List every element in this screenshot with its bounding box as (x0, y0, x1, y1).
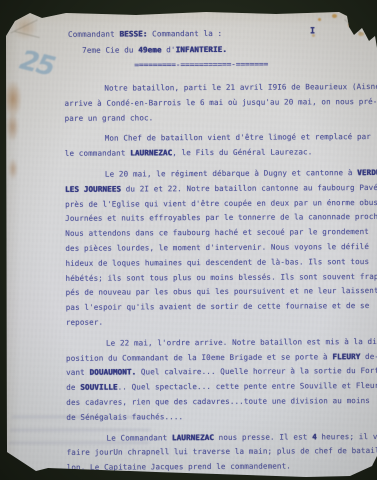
document-line: Mon Chef de bataillon vient d'être limog… (65, 130, 377, 147)
document-line: des pièces lourdes, le moment d'interven… (65, 240, 377, 257)
page-number: I (310, 26, 315, 36)
text-segment: de (66, 383, 80, 392)
document-line: LES JOURNEES du 2I et 22. Notre bataillo… (65, 181, 377, 198)
text-segment: reposer. (66, 318, 103, 327)
text-segment: .. Quel spectacle... cette pente entre S… (118, 381, 377, 392)
overstruck-text: FLEURY (332, 352, 360, 361)
overstruck-text: LAURNEZAC (172, 433, 214, 442)
text-segment: pare un grand choc. (65, 113, 154, 123)
text-segment: Quel calvaire... Quelle horreur à la sor… (136, 366, 377, 376)
text-segment: de- (360, 352, 377, 361)
overstruck-text: DOUAUMONT. (89, 368, 136, 377)
text-segment: Le 20 mai, le régiment débarque à Dugny … (105, 168, 357, 179)
document-line: le commandant LAURNEZAC, le Fils du Géné… (65, 145, 377, 162)
typewritten-page: 25 I Commandant BESSE: Commandant la :7e… (6, 8, 377, 478)
separator-line: =========-===========-======= (134, 58, 268, 74)
text-segment: d' (162, 45, 176, 54)
text-segment: du 2I et 22. Notre bataillon cantonne au… (121, 183, 377, 194)
text-segment: faire jourUn chrapnell lui traverse la m… (67, 446, 377, 457)
overstruck-text: LAURNEZAC (130, 148, 172, 157)
text-segment: nous presse. Il est (214, 432, 312, 442)
overstruck-text: INFANTERIE. (176, 45, 227, 54)
paragraph: Le 22 mai, l'ordre arrive. Notre bataill… (66, 335, 377, 426)
text-segment: des pièces lourdes, le moment d'interven… (65, 242, 369, 253)
text-segment: 7eme Cie du (82, 45, 138, 54)
document-line: hideux de loques humaines qui descendent… (65, 255, 377, 272)
text-segment: Nous attendons dans ce faubourg haché et… (65, 227, 369, 238)
document-line: reposer. (66, 314, 377, 331)
document-line: lon. Le Capitaine Jacques prend le comma… (67, 459, 377, 476)
document-line: pare un grand choc. (65, 110, 377, 127)
document-body: Notre bataillon, parti le 21 avril I9I6 … (64, 80, 377, 476)
document-line: pas l'espoir qu'ils avaient de sortir de… (66, 299, 377, 316)
text-segment: le commandant (65, 149, 130, 158)
text-segment: hideux de loques humaines qui descendent… (65, 257, 369, 268)
text-segment: position du Commandant de la I0eme Briga… (66, 352, 332, 363)
document-header: Commandant BESSE: Commandant la :7eme Ci… (68, 26, 227, 59)
text-segment: vant (66, 368, 89, 377)
overstruck-text: SOUVILLE (80, 383, 117, 392)
paragraph: Mon Chef de bataillon vient d'être limog… (65, 130, 377, 162)
document-line: Le 22 mai, l'ordre arrive. Notre bataill… (66, 335, 377, 352)
overstruck-text: BESSE: (119, 29, 147, 38)
document-line: Le 20 mai, le régiment débarque à Dugny … (65, 166, 377, 183)
overstruck-text: LES JOURNEES (65, 184, 121, 193)
text-segment: hébétés; ils sont tous plus ou moins ble… (65, 272, 377, 283)
text-segment: pas l'espoir qu'ils avaient de sortir de… (66, 301, 370, 312)
text-segment: arrive à Condé-en-Barrois le 6 mai où ju… (64, 97, 377, 108)
document-line: 7eme Cie du 49eme d'INFANTERIE. (82, 42, 227, 59)
document-line: des cadavres, rien que des cadavres...to… (66, 394, 377, 411)
text-segment: de Sénégalais fauchés.... (66, 412, 183, 422)
paragraph: Le Commandant LAURNEZAC nous presse. Il … (66, 430, 377, 476)
text-segment: , le Fils du Général Laurezac. (172, 148, 312, 158)
document-line: Commandant BESSE: Commandant la : (68, 26, 227, 43)
text-segment: Notre bataillon, parti le 21 avril I9I6 … (104, 82, 377, 93)
overstruck-text: 49eme (138, 45, 161, 54)
text-segment: Commandant (68, 30, 119, 39)
scan-background: { "colors": { "background": "#20261a", "… (0, 0, 377, 480)
text-segment: près de l'Eglise qui vient d'être coupée… (65, 198, 377, 209)
text-segment: pés de nouveau par les obus qui les pour… (66, 286, 377, 297)
document-line: Notre bataillon, parti le 21 avril I9I6 … (64, 80, 377, 97)
text-segment: Le 22 mai, l'ordre arrive. Notre bataill… (106, 337, 377, 348)
document-line: de Sénégalais fauchés.... (66, 409, 377, 426)
text-segment: Le Commandant (106, 433, 171, 442)
paragraph: Notre bataillon, parti le 21 avril I9I6 … (64, 80, 377, 126)
text-segment: des cadavres, rien que des cadavres...to… (66, 396, 370, 407)
overstruck-text: VERDUN (357, 168, 377, 177)
text-segment: Commandant la : (147, 29, 222, 38)
text-segment: Mon Chef de bataillon vient d'être limog… (105, 132, 371, 143)
text-segment: heures; il va (317, 431, 377, 440)
document-line: arrive à Condé-en-Barrois le 6 mai où ju… (64, 95, 377, 112)
document-line: faire jourUn chrapnell lui traverse la m… (67, 444, 377, 461)
text-segment: lon. Le Capitaine Jacques prend le comma… (67, 462, 291, 472)
paragraph: Le 20 mai, le régiment débarque à Dugny … (65, 166, 377, 331)
typed-content: I Commandant BESSE: Commandant la :7eme … (6, 6, 377, 478)
text-segment: Journées et nuits effroyables par le ton… (65, 212, 377, 223)
